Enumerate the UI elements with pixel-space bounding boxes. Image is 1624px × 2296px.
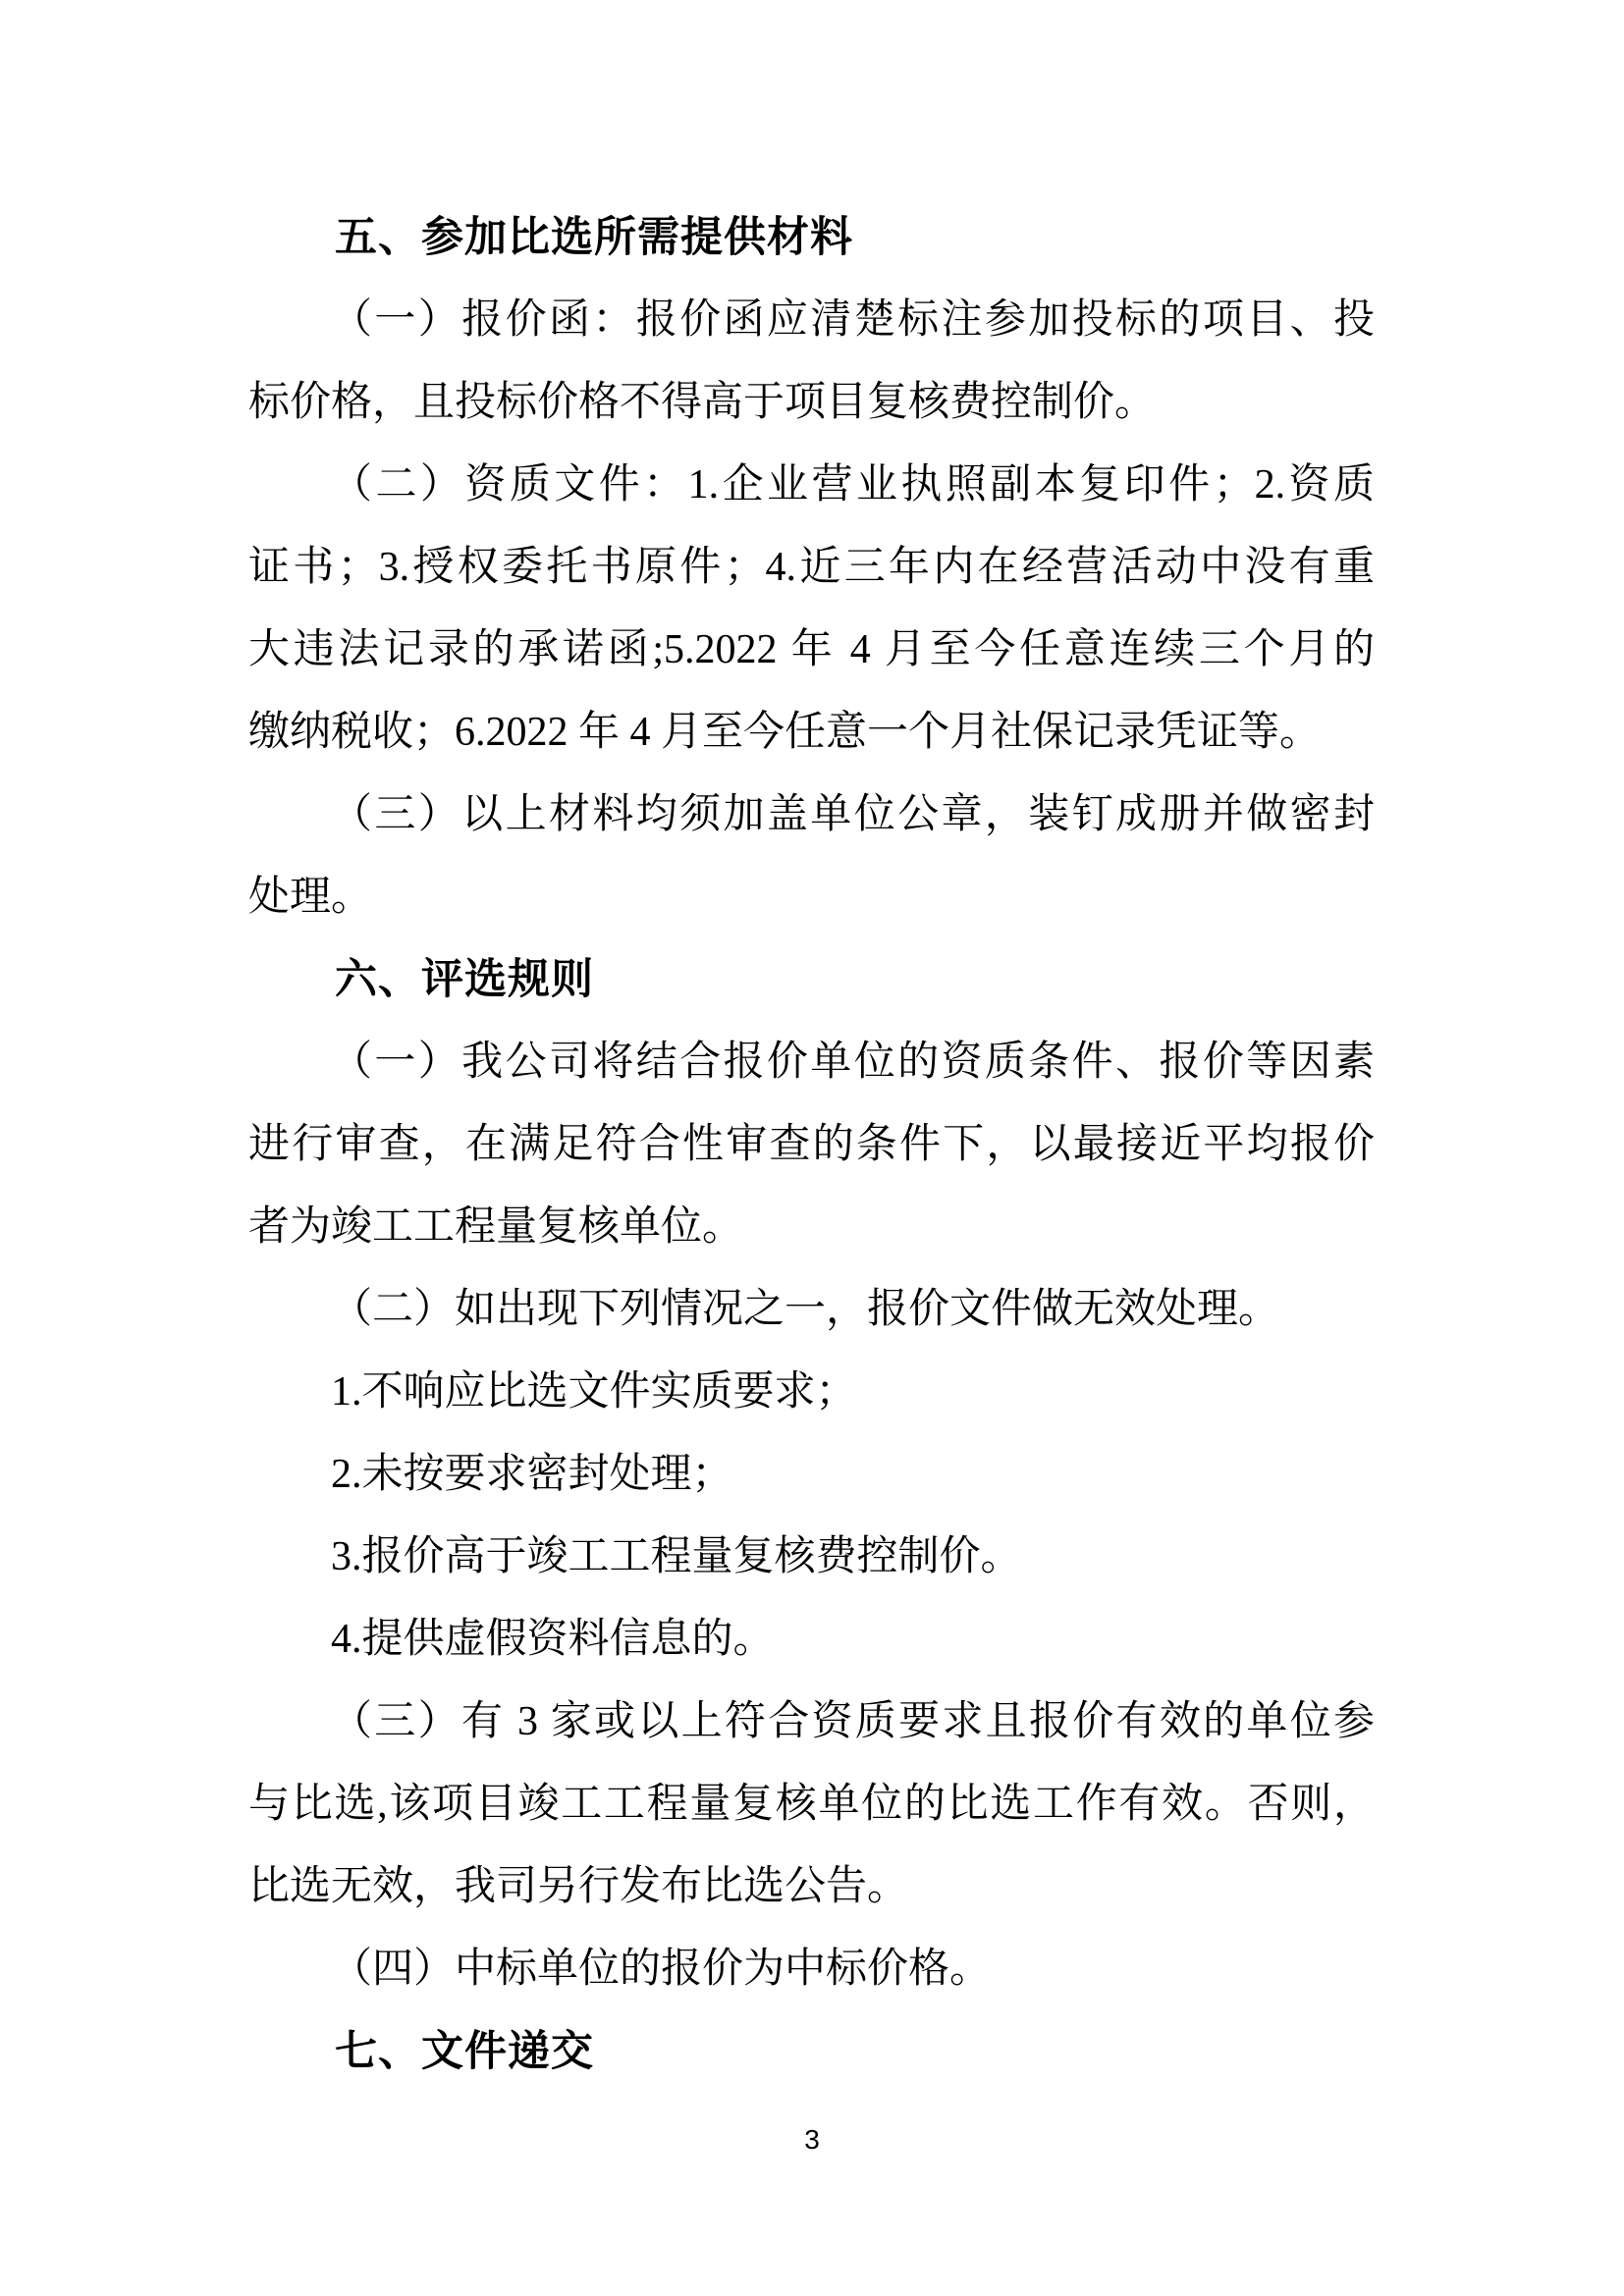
- document-page: { "colors": { "text": "#000000", "backgr…: [0, 0, 1624, 2296]
- paragraph-line: 者为竣工工程量复核单位。: [248, 1186, 1375, 1268]
- document-body: 五、参加比选所需提供材料 （一）报价函：报价函应清楚标注参加投标的项目、投 标价…: [248, 196, 1375, 2093]
- list-item-4: 4.提供虚假资料信息的。: [248, 1598, 1375, 1681]
- paragraph-line: （一）我公司将结合报价单位的资质条件、报价等因素: [248, 1021, 1375, 1103]
- paragraph-line: 进行审查，在满足符合性审查的条件下，以最接近平均报价: [248, 1103, 1375, 1186]
- section-5-heading: 五、参加比选所需提供材料: [248, 196, 1375, 279]
- paragraph-line: （二）资质文件：1.企业营业执照副本复印件；2.资质: [248, 444, 1375, 526]
- paragraph-line: 与比选,该项目竣工工程量复核单位的比选工作有效。否则，: [248, 1763, 1375, 1845]
- paragraph-line: 比选无效，我司另行发布比选公告。: [248, 1845, 1375, 1928]
- paragraph-line: （三）以上材料均须加盖单位公章，装钉成册并做密封: [248, 774, 1375, 856]
- paragraph-line: （四）中标单位的报价为中标价格。: [248, 1928, 1375, 2010]
- paragraph-line: （一）报价函：报价函应清楚标注参加投标的项目、投: [248, 279, 1375, 361]
- section-6-heading: 六、评选规则: [248, 938, 1375, 1021]
- section-7-heading: 七、文件递交: [248, 2010, 1375, 2093]
- list-item-2: 2.未按要求密封处理；: [248, 1433, 1375, 1516]
- paragraph-line: 证书；3.授权委托书原件；4.近三年内在经营活动中没有重: [248, 526, 1375, 609]
- paragraph-line: （二）如出现下列情况之一，报价文件做无效处理。: [248, 1268, 1375, 1351]
- page-number: 3: [0, 2120, 1624, 2160]
- list-item-1: 1.不响应比选文件实质要求；: [248, 1351, 1375, 1433]
- paragraph-line: 缴纳税收；6.2022 年 4 月至今任意一个月社保记录凭证等。: [248, 691, 1375, 774]
- paragraph-line: （三）有 3 家或以上符合资质要求且报价有效的单位参: [248, 1681, 1375, 1763]
- paragraph-line: 处理。: [248, 856, 1375, 938]
- list-item-3: 3.报价高于竣工工程量复核费控制价。: [248, 1516, 1375, 1598]
- paragraph-line: 标价格，且投标价格不得高于项目复核费控制价。: [248, 361, 1375, 444]
- paragraph-line: 大违法记录的承诺函;5.2022 年 4 月至今任意连续三个月的: [248, 609, 1375, 691]
